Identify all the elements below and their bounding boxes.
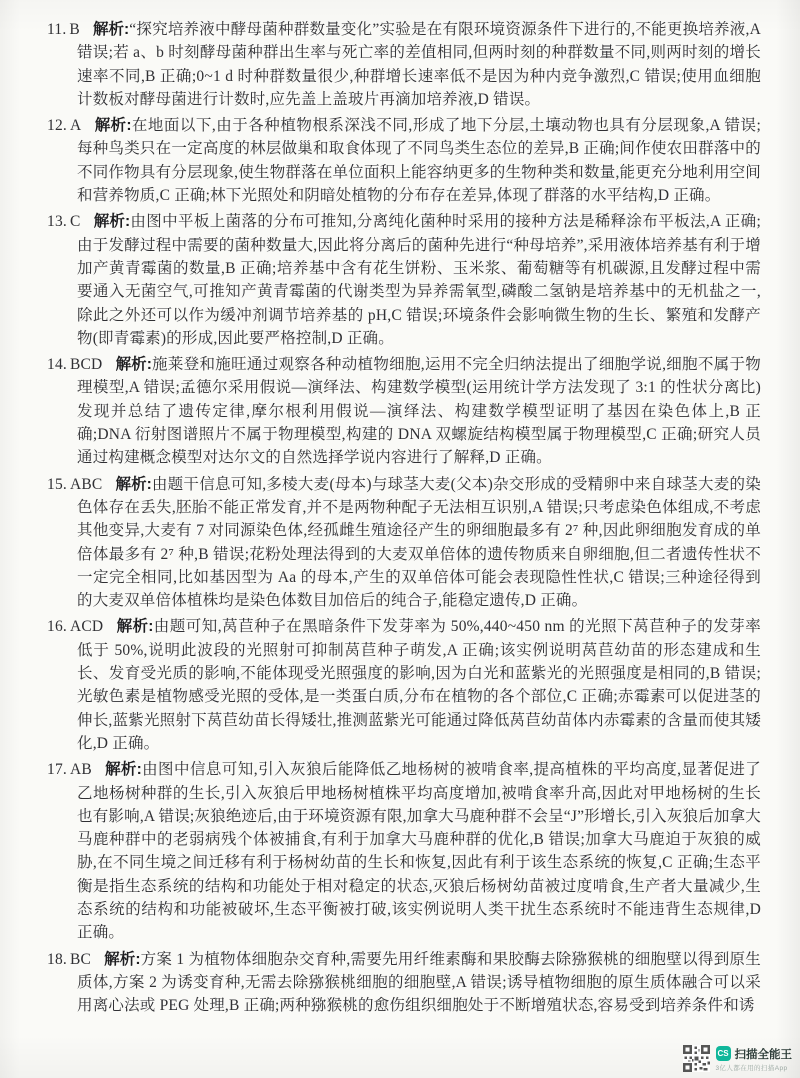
item-number: 18. bbox=[47, 951, 67, 968]
item-number: 14. bbox=[47, 356, 67, 373]
camscanner-watermark: CS 扫描全能王 3亿人都在用的扫描App bbox=[683, 1045, 793, 1072]
item-answer: BC bbox=[70, 951, 91, 968]
analysis-text: 由图中信息可知,引入灰狼后能降低乙地杨树的被啃食率,提高植株的平均高度,显著促进… bbox=[77, 761, 761, 941]
answer-item-17: 17.AB解析:由图中信息可知,引入灰狼后能降低乙地杨树的被啃食率,提高植株的平… bbox=[47, 758, 761, 944]
analysis-text: 在地面以下,由于各种植物根系深浅不同,形成了地下分层,土壤动物也具有分层现象,A… bbox=[77, 117, 761, 204]
watermark-text-block: CS 扫描全能王 3亿人都在用的扫描App bbox=[716, 1046, 793, 1072]
watermark-tagline: 3亿人都在用的扫描App bbox=[716, 1063, 793, 1072]
analysis-label: 解析: bbox=[104, 951, 140, 968]
watermark-app-name: 扫描全能王 bbox=[735, 1046, 793, 1062]
analysis-text: 施莱登和施旺通过观察各种动植物细胞,运用不完全归纳法提出了细胞学说,细胞不属于物… bbox=[77, 356, 761, 466]
item-number: 17. bbox=[47, 761, 67, 778]
item-answer: AB bbox=[70, 761, 92, 778]
analysis-text: 由题干信息可知,多棱大麦(母本)与球茎大麦(父本)杂交形成的受精卵中来自球茎大麦… bbox=[77, 476, 761, 609]
analysis-label: 解析: bbox=[94, 117, 131, 134]
answer-item-16: 16.ACD解析:由题可知,莴苣种子在黑暗条件下发芽率为 50%,440~450… bbox=[47, 615, 761, 755]
item-answer: BCD bbox=[70, 356, 102, 373]
item-answer: ABC bbox=[70, 476, 102, 493]
analysis-text: “探究培养液中酵母菌种群数量变化”实验是在有限环境资源条件下进行的,不能更换培养… bbox=[77, 21, 761, 108]
analysis-text: 方案 1 为植物体细胞杂交育种,需要先用纤维素酶和果胶酶去除猕猴桃的细胞壁以得到… bbox=[77, 951, 761, 1015]
analysis-label: 解析: bbox=[115, 356, 151, 373]
analysis-label: 解析: bbox=[93, 21, 129, 38]
item-number: 16. bbox=[47, 618, 67, 635]
analysis-label: 解析: bbox=[105, 761, 142, 778]
answer-item-14: 14.BCD解析:施莱登和施旺通过观察各种动植物细胞,运用不完全归纳法提出了细胞… bbox=[47, 353, 761, 469]
qr-code-icon bbox=[683, 1045, 710, 1072]
answer-item-15: 15.ABC解析:由题干信息可知,多棱大麦(母本)与球茎大麦(父本)杂交形成的受… bbox=[47, 473, 761, 613]
analysis-label: 解析: bbox=[115, 476, 151, 493]
item-answer: B bbox=[69, 21, 80, 38]
analysis-text: 由题可知,莴苣种子在黑暗条件下发芽率为 50%,440~450 nm 的光照下莴… bbox=[77, 618, 761, 751]
scanned-answer-page: 11.B解析:“探究培养液中酵母菌种群数量变化”实验是在有限环境资源条件下进行的… bbox=[0, 0, 800, 1078]
item-number: 13. bbox=[47, 213, 67, 230]
analysis-label: 解析: bbox=[116, 618, 153, 635]
answer-item-18: 18.BC解析:方案 1 为植物体细胞杂交育种,需要先用纤维素酶和果胶酶去除猕猴… bbox=[47, 948, 761, 1018]
answer-item-12: 12.A解析:在地面以下,由于各种植物根系深浅不同,形成了地下分层,土壤动物也具… bbox=[47, 114, 761, 207]
item-answer: ACD bbox=[70, 618, 103, 635]
analysis-text: 由图中平板上菌落的分布可推知,分离纯化菌种时采用的接种方法是稀释涂布平板法,A … bbox=[77, 213, 761, 346]
answer-list: 11.B解析:“探究培养液中酵母菌种群数量变化”实验是在有限环境资源条件下进行的… bbox=[47, 18, 761, 1020]
item-answer: A bbox=[70, 117, 81, 134]
answer-item-11: 11.B解析:“探究培养液中酵母菌种群数量变化”实验是在有限环境资源条件下进行的… bbox=[47, 18, 761, 111]
analysis-label: 解析: bbox=[94, 213, 131, 230]
camscanner-logo-icon: CS bbox=[716, 1046, 731, 1061]
answer-item-13: 13.C解析:由图中平板上菌落的分布可推知,分离纯化菌种时采用的接种方法是稀释涂… bbox=[47, 210, 761, 350]
item-number: 11. bbox=[47, 21, 66, 38]
item-answer: C bbox=[70, 213, 81, 230]
item-number: 15. bbox=[47, 476, 67, 493]
item-number: 12. bbox=[47, 117, 67, 134]
